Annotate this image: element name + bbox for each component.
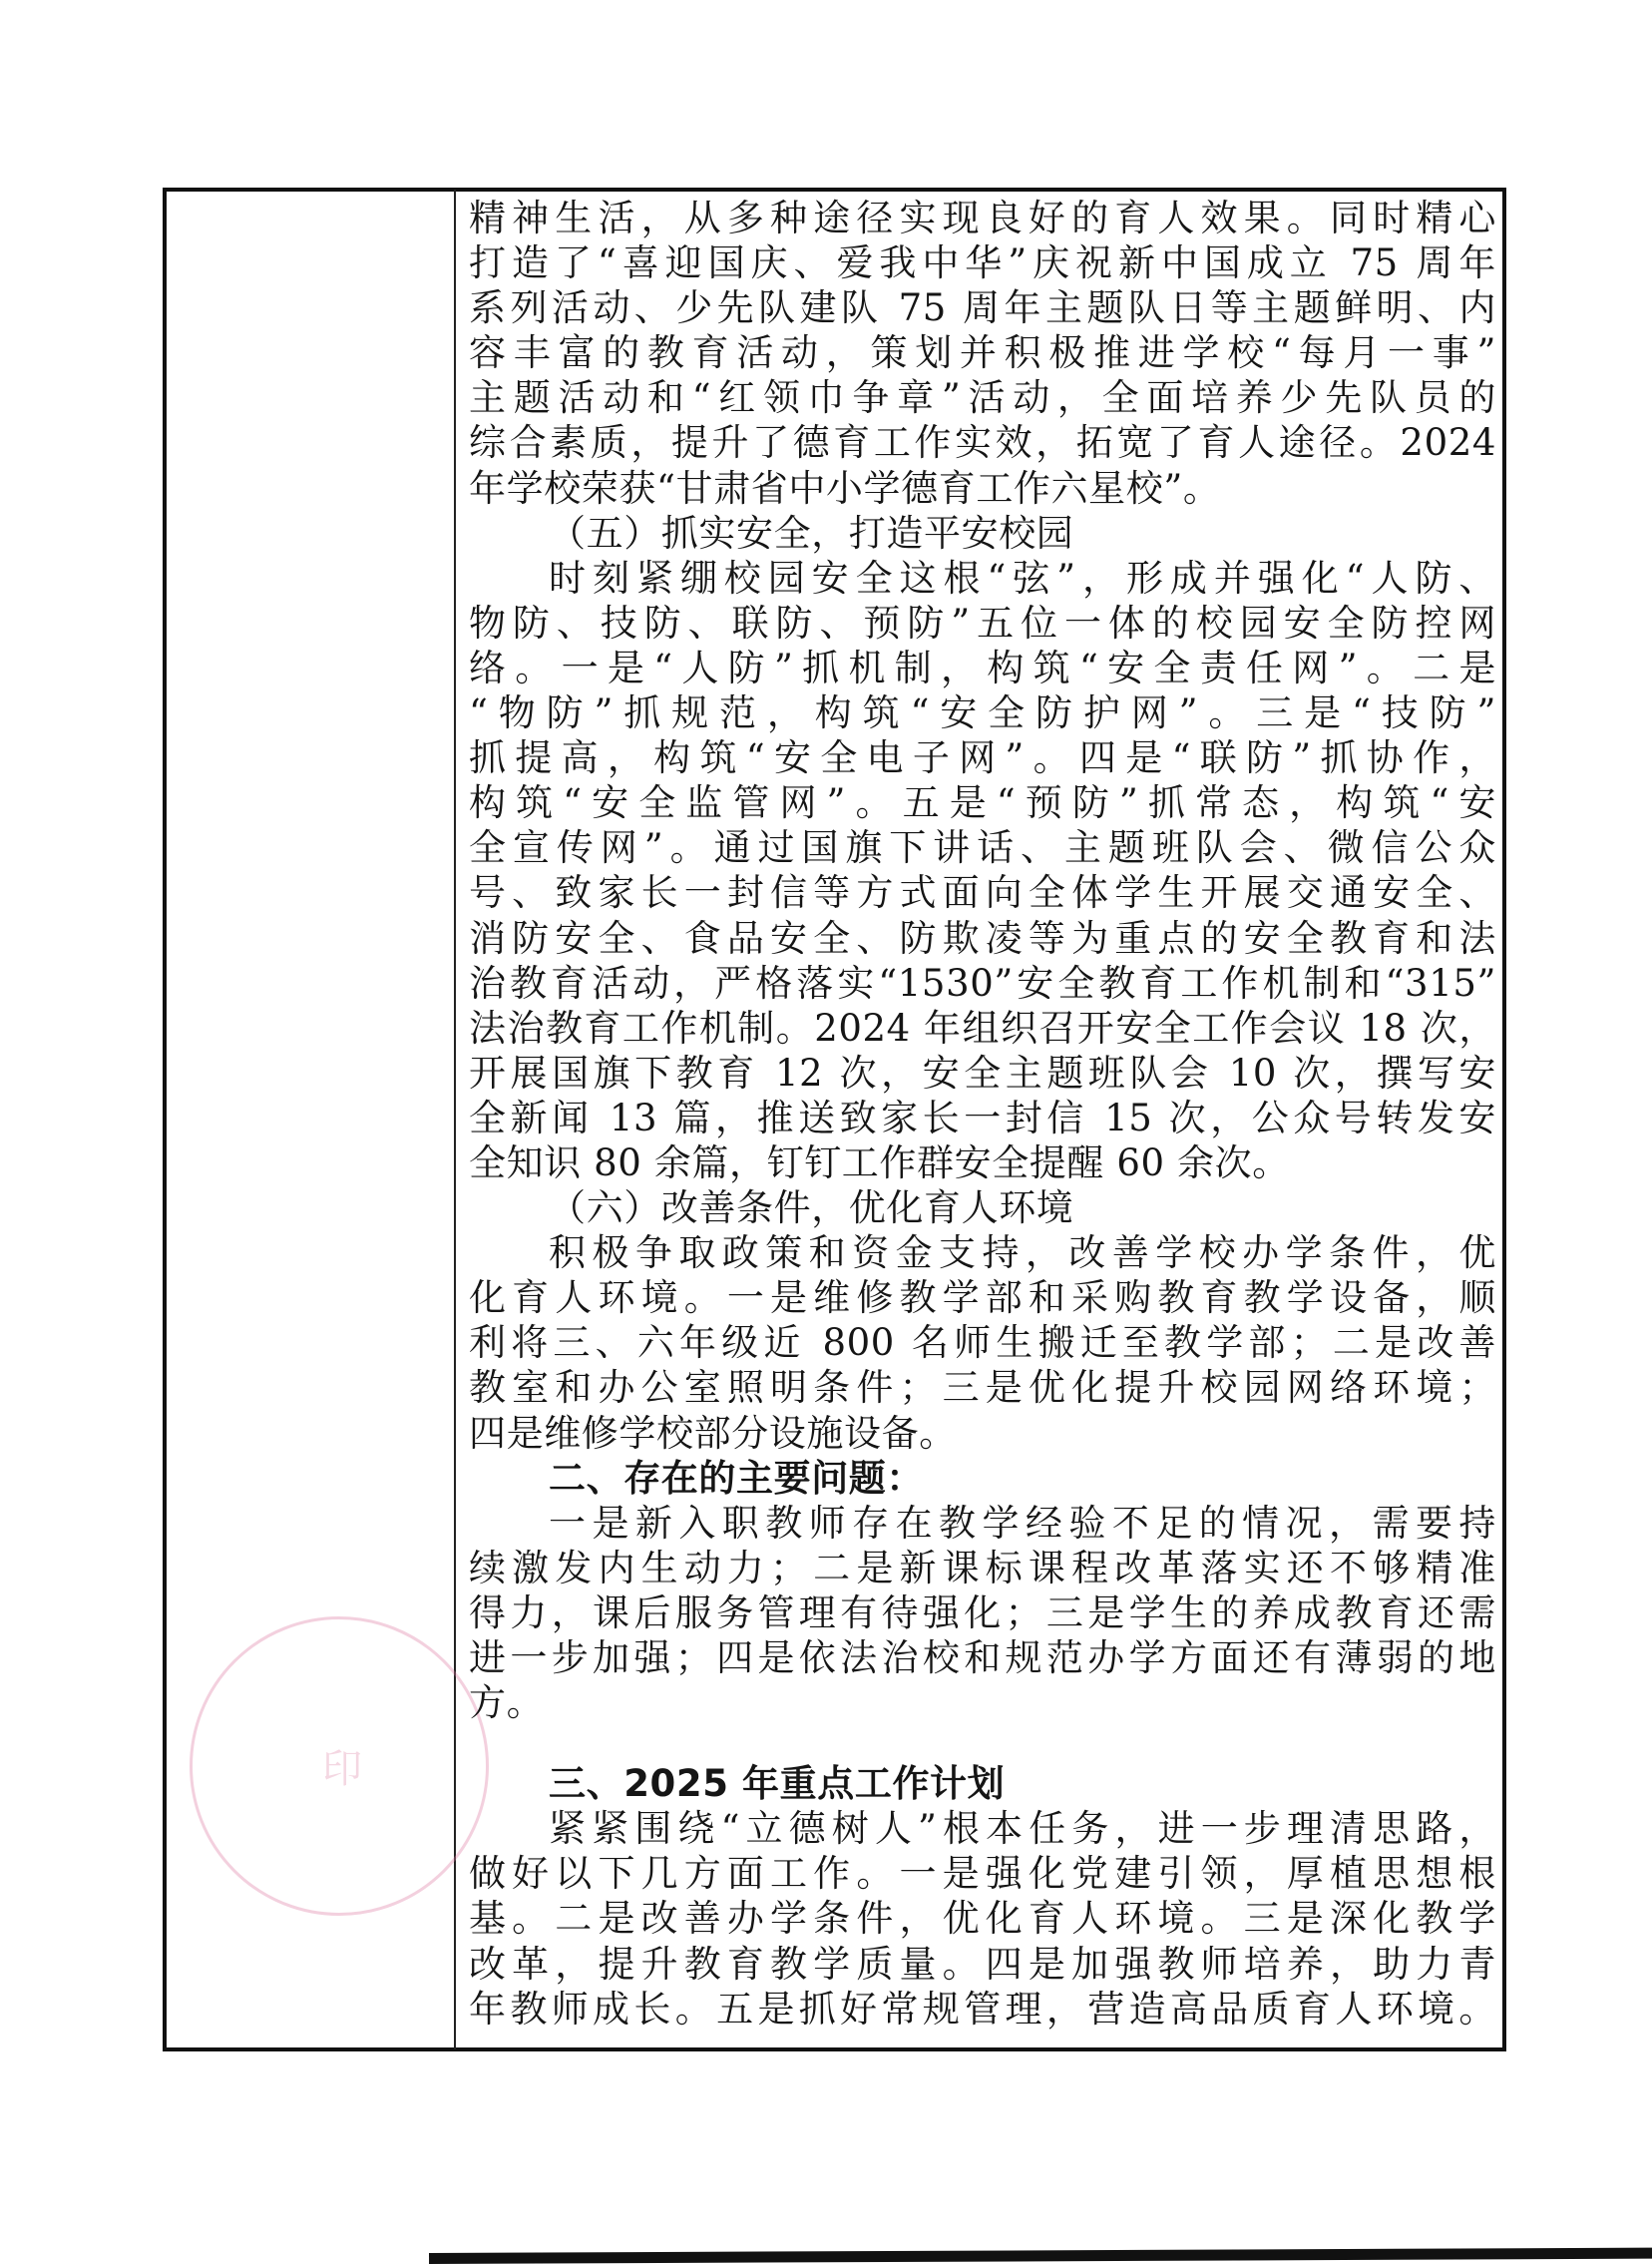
section-heading: 二、存在的主要问题：	[469, 1456, 1496, 1501]
text-line: 进一步加强；四是依法治校和规范办学方面还有薄弱的地	[469, 1635, 1496, 1680]
text-line: 精神生活，从多种途径实现良好的育人效果。同时精心	[469, 196, 1496, 240]
paragraph-first-line: 一是新入职教师存在教学经验不足的情况，需要持	[469, 1501, 1496, 1546]
paragraph-first-line: 积极争取政策和资金支持，改善学校办学条件，优	[469, 1230, 1496, 1275]
text-line: 方。	[469, 1680, 1496, 1725]
text-line: 改革，提升教育教学质量。四是加强教师培养，助力青	[469, 1942, 1496, 1987]
text-line: 治教育活动，严格落实“1530”安全教育工作机制和“315”	[469, 961, 1496, 1006]
text-line: 年学校荣获“甘肃省中小学德育工作六星校”。	[469, 466, 1496, 511]
text-line: 开展国旗下教育 12 次，安全主题班队会 10 次，撰写安	[469, 1051, 1496, 1096]
text-line: 抓提高，构筑“安全电子网”。四是“联防”抓协作，	[469, 735, 1496, 780]
scanned-document-page: 印 精神生活，从多种途径实现良好的育人效果。同时精心打造了“喜迎国庆、爱我中华”…	[0, 0, 1652, 2264]
official-seal-stamp: 印	[190, 1616, 489, 1916]
text-line: 基。二是改善办学条件，优化育人环境。三是深化教学	[469, 1896, 1496, 1941]
text-line: 法治教育工作机制。2024 年组织召开安全工作会议 18 次，	[469, 1006, 1496, 1051]
subsection-heading: （五）抓实安全，打造平安校园	[469, 511, 1496, 556]
text-line: 络。一是“人防”抓机制，构筑“安全责任网”。二是	[469, 646, 1496, 690]
text-line: 消防安全、食品安全、防欺凌等为重点的安全教育和法	[469, 916, 1496, 961]
text-line: 利将三、六年级近 800 名师生搬迁至教学部；二是改善	[469, 1320, 1496, 1365]
text-line: 做好以下几方面工作。一是强化党建引领，厚植思想根	[469, 1851, 1496, 1896]
text-line: 全知识 80 余篇，钉钉工作群安全提醒 60 余次。	[469, 1140, 1496, 1185]
paragraph-first-line: 时刻紧绷校园安全这根“弦”，形成并强化“人防、	[469, 556, 1496, 601]
text-line: 四是维修学校部分设施设备。	[469, 1411, 1496, 1456]
text-line: 打造了“喜迎国庆、爱我中华”庆祝新中国成立 75 周年	[469, 240, 1496, 285]
text-line: 续激发内生动力；二是新课标课程改革落实还不够精准	[469, 1546, 1496, 1590]
text-line: 系列活动、少先队建队 75 周年主题队日等主题鲜明、内	[469, 285, 1496, 330]
text-line: 号、致家长一封信等方式面向全体学生开展交通安全、	[469, 870, 1496, 915]
subsection-heading: （六）改善条件，优化育人环境	[469, 1185, 1496, 1230]
paragraph-first-line: 紧紧围绕“立德树人”根本任务，进一步理清思路，	[469, 1806, 1496, 1851]
text-line: 得力，课后服务管理有待强化；三是学生的养成教育还需	[469, 1590, 1496, 1635]
text-line: 化育人环境。一是维修教学部和采购教育教学设备，顺	[469, 1275, 1496, 1320]
text-line: 全宣传网”。通过国旗下讲话、主题班队会、微信公众	[469, 825, 1496, 870]
text-line: 物防、技防、联防、预防”五位一体的校园安全防控网	[469, 601, 1496, 646]
spacer	[469, 1725, 1496, 1761]
text-line: 全新闻 13 篇，推送致家长一封信 15 次，公众号转发安	[469, 1096, 1496, 1140]
text-line: 构筑“安全监管网”。五是“预防”抓常态，构筑“安	[469, 780, 1496, 825]
text-line: 主题活动和“红领巾争章”活动，全面培养少先队员的	[469, 375, 1496, 420]
scan-edge-shadow	[429, 2248, 1652, 2264]
report-body-text: 精神生活，从多种途径实现良好的育人效果。同时精心打造了“喜迎国庆、爱我中华”庆祝…	[469, 196, 1496, 2032]
text-line: 年教师成长。五是抓好常规管理，营造高品质育人环境。	[469, 1987, 1496, 2032]
text-line: 综合素质，提升了德育工作实效，拓宽了育人途径。2024	[469, 420, 1496, 465]
section-heading: 三、2025 年重点工作计划	[469, 1761, 1496, 1806]
seal-mark: 印	[232, 1659, 452, 1879]
text-line: 容丰富的教育活动，策划并积极推进学校“每月一事”	[469, 330, 1496, 375]
text-line: “物防”抓规范，构筑“安全防护网”。三是“技防”	[469, 690, 1496, 735]
text-line: 教室和办公室照明条件；三是优化提升校园网络环境；	[469, 1365, 1496, 1410]
